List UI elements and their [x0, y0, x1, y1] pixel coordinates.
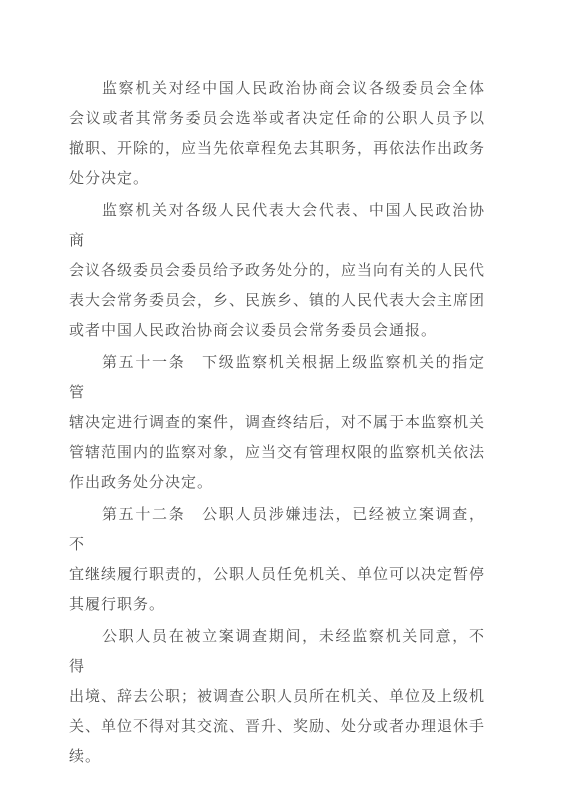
- text-line: 公职人员在被立案调查期间，未经监察机关同意，不得: [69, 622, 485, 682]
- paragraph: 公职人员在被立案调查期间，未经监察机关同意，不得出境、辞去公职；被调查公职人员所…: [69, 622, 485, 772]
- document-page: 监察机关对经中国人民政治协商会议各级委员会全体会议或者其常务委员会选举或者决定任…: [0, 0, 565, 800]
- text-line: 监察机关对经中国人民政治协商会议各级委员会全体: [69, 74, 485, 104]
- paragraph: 第五十一条 下级监察机关根据上级监察机关的指定管辖决定进行调查的案件，调查终结后…: [69, 348, 485, 498]
- text-line: 管辖范围内的监察对象，应当交有管理权限的监察机关依法: [69, 438, 485, 468]
- text-line: 表大会常务委员会，乡、民族乡、镇的人民代表大会主席团: [69, 286, 485, 316]
- text-line: 宜继续履行职责的，公职人员任免机关、单位可以决定暂停: [69, 560, 485, 590]
- text-line: 会议各级委员会委员给予政务处分的，应当向有关的人民代: [69, 256, 485, 286]
- text-line: 或者中国人民政治协商会议委员会常务委员会通报。: [69, 316, 485, 346]
- text-line: 撤职、开除的，应当先依章程免去其职务，再依法作出政务: [69, 134, 485, 164]
- paragraph: 监察机关对经中国人民政治协商会议各级委员会全体会议或者其常务委员会选举或者决定任…: [69, 74, 485, 194]
- text-line: 处分决定。: [69, 164, 485, 194]
- text-line: 其履行职务。: [69, 590, 485, 620]
- text-line: 辖决定进行调查的案件，调查终结后，对不属于本监察机关: [69, 408, 485, 438]
- text-line: 作出政务处分决定。: [69, 468, 485, 498]
- text-line: 第五十一条 下级监察机关根据上级监察机关的指定管: [69, 348, 485, 408]
- paragraph: 第五十二条 公职人员涉嫌违法，已经被立案调查，不宜继续履行职责的，公职人员任免机…: [69, 500, 485, 620]
- text-line: 关、单位不得对其交流、晋升、奖励、处分或者办理退休手: [69, 712, 485, 742]
- text-line: 会议或者其常务委员会选举或者决定任命的公职人员予以: [69, 104, 485, 134]
- text-line: 续。: [69, 742, 485, 772]
- text-line: 监察机关对各级人民代表大会代表、中国人民政治协商: [69, 196, 485, 256]
- paragraph: 监察机关对各级人民代表大会代表、中国人民政治协商会议各级委员会委员给予政务处分的…: [69, 196, 485, 346]
- document-text: 监察机关对经中国人民政治协商会议各级委员会全体会议或者其常务委员会选举或者决定任…: [69, 74, 485, 774]
- text-line: 出境、辞去公职；被调查公职人员所在机关、单位及上级机: [69, 682, 485, 712]
- text-line: 第五十二条 公职人员涉嫌违法，已经被立案调查，不: [69, 500, 485, 560]
